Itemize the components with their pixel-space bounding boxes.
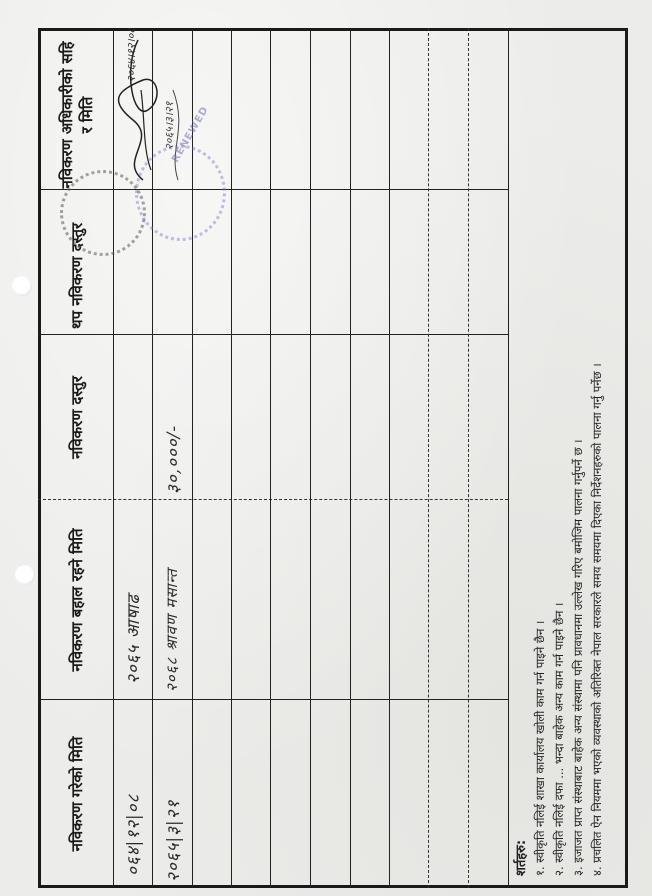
row-divider xyxy=(270,28,271,888)
notes-divider xyxy=(508,28,509,888)
svg-text:२०६४।१२।०८: २०६४।१२।०८ xyxy=(125,28,138,82)
note-item: २. स्वीकृति नलिई दफा ... भन्दा बाहेक अन्… xyxy=(550,176,569,876)
cell-renewal-date: ०६४|१२|०८ xyxy=(113,794,152,876)
office-seal-grey xyxy=(60,170,146,256)
column-header-valid-until: नविकरण बहाल रहने मिति xyxy=(41,500,113,700)
row-divider xyxy=(231,28,232,888)
cell-valid-until: २०६५ आषाढ xyxy=(113,594,152,684)
row-divider xyxy=(389,28,390,888)
rotated-document: नविकरण गरेको मिति नविकरण बहाल रहने मिति … xyxy=(0,0,652,896)
row-divider xyxy=(350,28,351,888)
note-item: ४. प्रचलित ऐन नियममा भएको व्यवस्थाको अति… xyxy=(588,176,607,876)
note-item: ३. इजाजत प्राप्त संस्थाबाट बाहेक अन्य सं… xyxy=(569,176,588,876)
row-divider xyxy=(468,28,469,888)
notes-title: शर्तहरु: xyxy=(512,176,531,876)
row-divider xyxy=(428,28,429,888)
svg-text:२०६५।३।२१: २०६५।३।२१ xyxy=(163,100,176,150)
note-item: १. स्वीकृति नलिई शाखा कार्यालय खोली काम … xyxy=(531,176,550,876)
cell-renewal-date: २०६५|३|२१ xyxy=(152,800,192,882)
column-header-renewal-fee: नविकरण दस्तुर xyxy=(41,335,113,500)
column-header-renewal-date: नविकरण गरेको मिति xyxy=(41,700,113,888)
conditions-notes: शर्तहरु: १. स्वीकृति नलिई शाखा कार्यालय … xyxy=(512,176,607,876)
row-divider xyxy=(310,28,311,888)
cell-valid-until: २०६८ श्रावण मसान्त xyxy=(152,568,192,692)
cell-renewal-fee: ३०,०००/- xyxy=(152,425,192,494)
column-header-officer-signature: नविकरण अधिकारीको सहि र मिति xyxy=(41,40,113,190)
